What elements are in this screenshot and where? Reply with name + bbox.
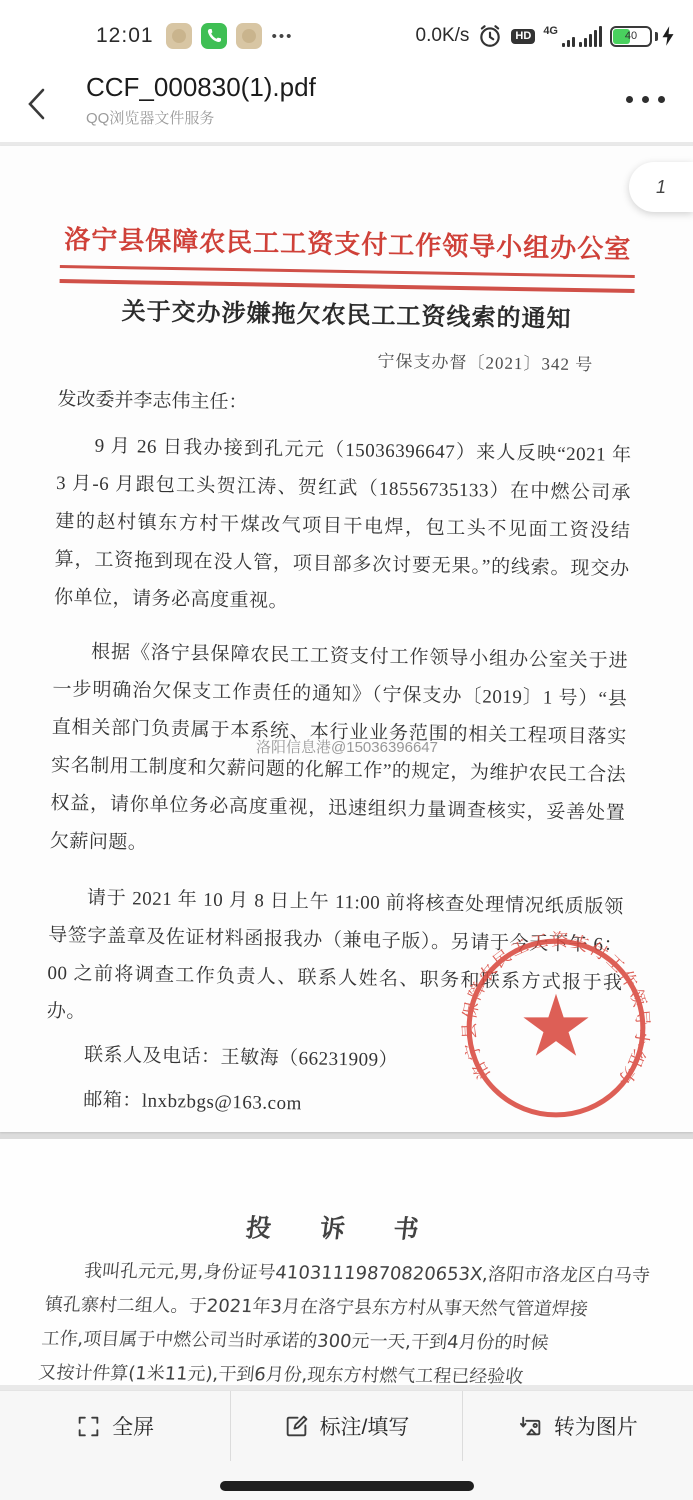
document-org-title: 洛宁县保障农民工工资支付工作领导小组办公室 bbox=[60, 146, 637, 266]
title-bar: CCF_000830(1).pdf QQ浏览器文件服务 bbox=[0, 62, 693, 142]
battery-icon: 40 bbox=[610, 25, 675, 47]
app-notification-icon bbox=[236, 23, 262, 49]
handwritten-line: 镇孔寨村二组人。于2021年3月在洛宁县东方村从事天然气管道焊接 bbox=[43, 1288, 654, 1327]
app-notification-icon bbox=[166, 23, 192, 49]
home-indicator[interactable] bbox=[220, 1481, 474, 1491]
clock-time: 12:01 bbox=[96, 24, 154, 48]
fullscreen-icon bbox=[76, 1414, 101, 1439]
watermark-text: 洛阳信息港@15036396647 bbox=[256, 736, 438, 757]
alarm-icon bbox=[477, 23, 503, 49]
annotate-icon bbox=[284, 1414, 309, 1439]
file-titles: CCF_000830(1).pdf QQ浏览器文件服务 bbox=[86, 70, 316, 128]
network-speed: 0.0K/s bbox=[416, 25, 470, 47]
document-title: 关于交办涉嫌拖欠农民工工资线索的通知 bbox=[59, 290, 635, 335]
handwritten-line: 我叫孔元元,男,身份证号41031119870820653X,洛阳市洛龙区白马寺 bbox=[46, 1254, 657, 1293]
bottom-bar: 全屏 标注/填写 转为图片 bbox=[0, 1390, 693, 1500]
page-number-badge: 1 bbox=[629, 162, 693, 212]
complaint-body: 我叫孔元元,男,身份证号41031119870820653X,洛阳市洛龙区白马寺… bbox=[36, 1254, 657, 1385]
pdf-viewer[interactable]: 1 洛阳信息港@15036396647 洛宁县保障农民工工资支付工作领导小组办公… bbox=[0, 142, 693, 1390]
chevron-left-icon bbox=[22, 86, 52, 122]
annotate-button[interactable]: 标注/填写 bbox=[230, 1391, 461, 1461]
fullscreen-button[interactable]: 全屏 bbox=[0, 1391, 230, 1461]
status-bar: 12:01 ••• 0.0K/s HD 4G 40 bbox=[0, 0, 693, 62]
official-seal: 洛宁县保障农民工工资支付工作领导小组办公室 bbox=[455, 924, 657, 1126]
battery-level: 40 bbox=[612, 28, 650, 45]
annotate-label: 标注/填写 bbox=[320, 1411, 410, 1441]
signal-bars-icon: 4G bbox=[543, 26, 602, 47]
handwritten-line: 工作,项目属于中燃公司当时承诺的300元一天,干到4月份的时候 bbox=[39, 1322, 650, 1361]
phone-call-icon bbox=[201, 23, 227, 49]
convert-image-label: 转为图片 bbox=[554, 1411, 638, 1441]
more-menu-button[interactable] bbox=[624, 88, 667, 111]
handwritten-line: 又按计件算(1米11元),干到6月份,现东方村燃气工程已经验收 bbox=[36, 1356, 647, 1385]
back-button[interactable] bbox=[22, 86, 52, 122]
red-rule-top bbox=[60, 265, 635, 278]
paragraph: 9 月 26 日我办接到孔元元（15036396647）来人反映“2021 年 … bbox=[54, 427, 632, 627]
complaint-title: 投 诉 书 bbox=[0, 1139, 693, 1247]
salutation: 发改委并李志伟主任： bbox=[57, 384, 632, 421]
file-name: CCF_000830(1).pdf bbox=[86, 70, 316, 104]
convert-image-icon bbox=[518, 1414, 543, 1439]
status-right: 0.0K/s HD 4G 40 bbox=[416, 23, 675, 49]
more-notifications-icon: ••• bbox=[272, 28, 294, 45]
file-source: QQ浏览器文件服务 bbox=[86, 107, 316, 128]
pdf-page-1: 洛阳信息港@15036396647 洛宁县保障农民工工资支付工作领导小组办公室 … bbox=[0, 146, 693, 1132]
page-separator bbox=[0, 1132, 693, 1139]
more-dots-icon bbox=[626, 96, 633, 103]
notification-icons bbox=[166, 23, 262, 49]
convert-to-image-button[interactable]: 转为图片 bbox=[462, 1391, 693, 1461]
charging-bolt-icon bbox=[661, 25, 675, 47]
fullscreen-label: 全屏 bbox=[112, 1411, 154, 1441]
pdf-page-2: 投 诉 书 我叫孔元元,男,身份证号41031119870820653X,洛阳市… bbox=[0, 1139, 693, 1385]
hd-icon: HD bbox=[511, 29, 535, 44]
document-number: 宁保支办督〔2021〕342 号 bbox=[58, 341, 633, 376]
toolbar: 全屏 标注/填写 转为图片 bbox=[0, 1391, 693, 1461]
